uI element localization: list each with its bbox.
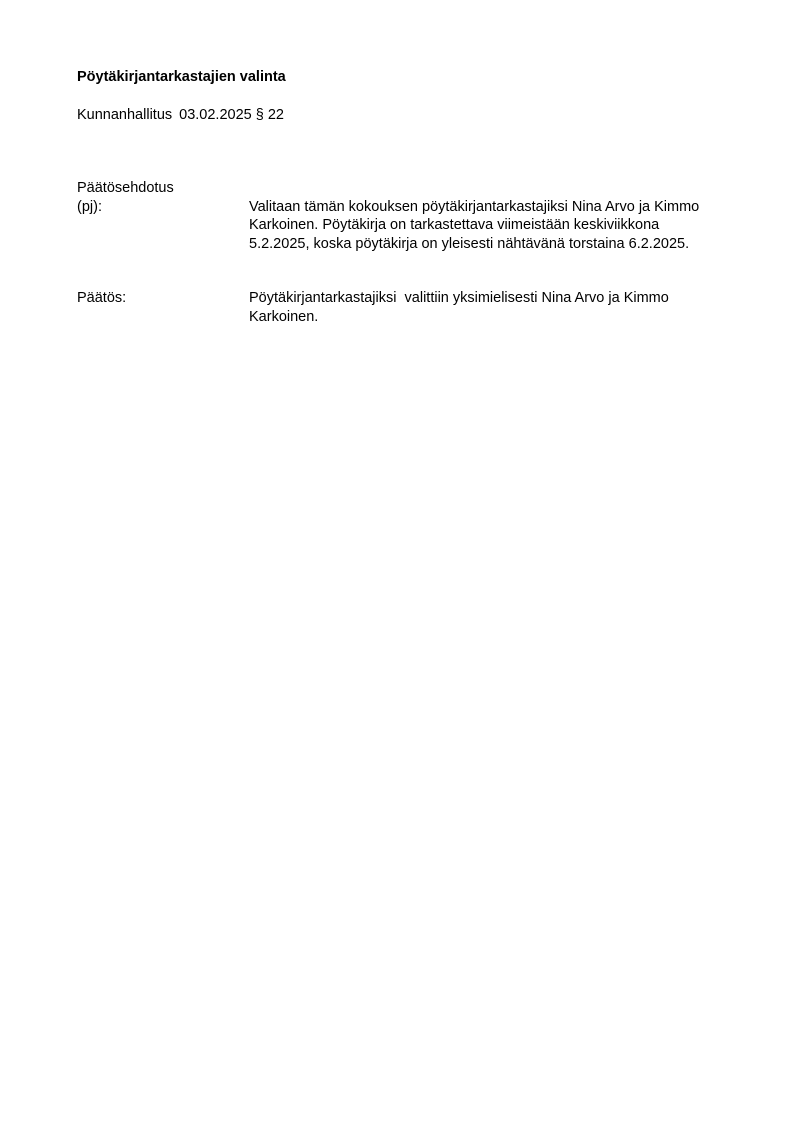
proposal-label-line1: Päätösehdotus: [77, 179, 247, 198]
meeting-date: 03.02.2025: [179, 107, 252, 123]
proposal-label: Päätösehdotus (pj):: [77, 179, 247, 216]
decision-text: Pöytäkirjantarkastajiksi valittiin yksim…: [249, 289, 719, 326]
meeting-section: § 22: [256, 107, 284, 123]
proposal-label-line2: (pj):: [77, 198, 247, 217]
decision-label: Päätös:: [77, 289, 247, 308]
meeting-body: Kunnanhallitus: [77, 107, 172, 123]
meeting-reference: Kunnanhallitus03.02.2025 § 22: [77, 106, 284, 124]
document-title: Pöytäkirjantarkastajien valinta: [77, 68, 286, 86]
proposal-text: Valitaan tämän kokouksen pöytäkirjantark…: [249, 198, 719, 254]
